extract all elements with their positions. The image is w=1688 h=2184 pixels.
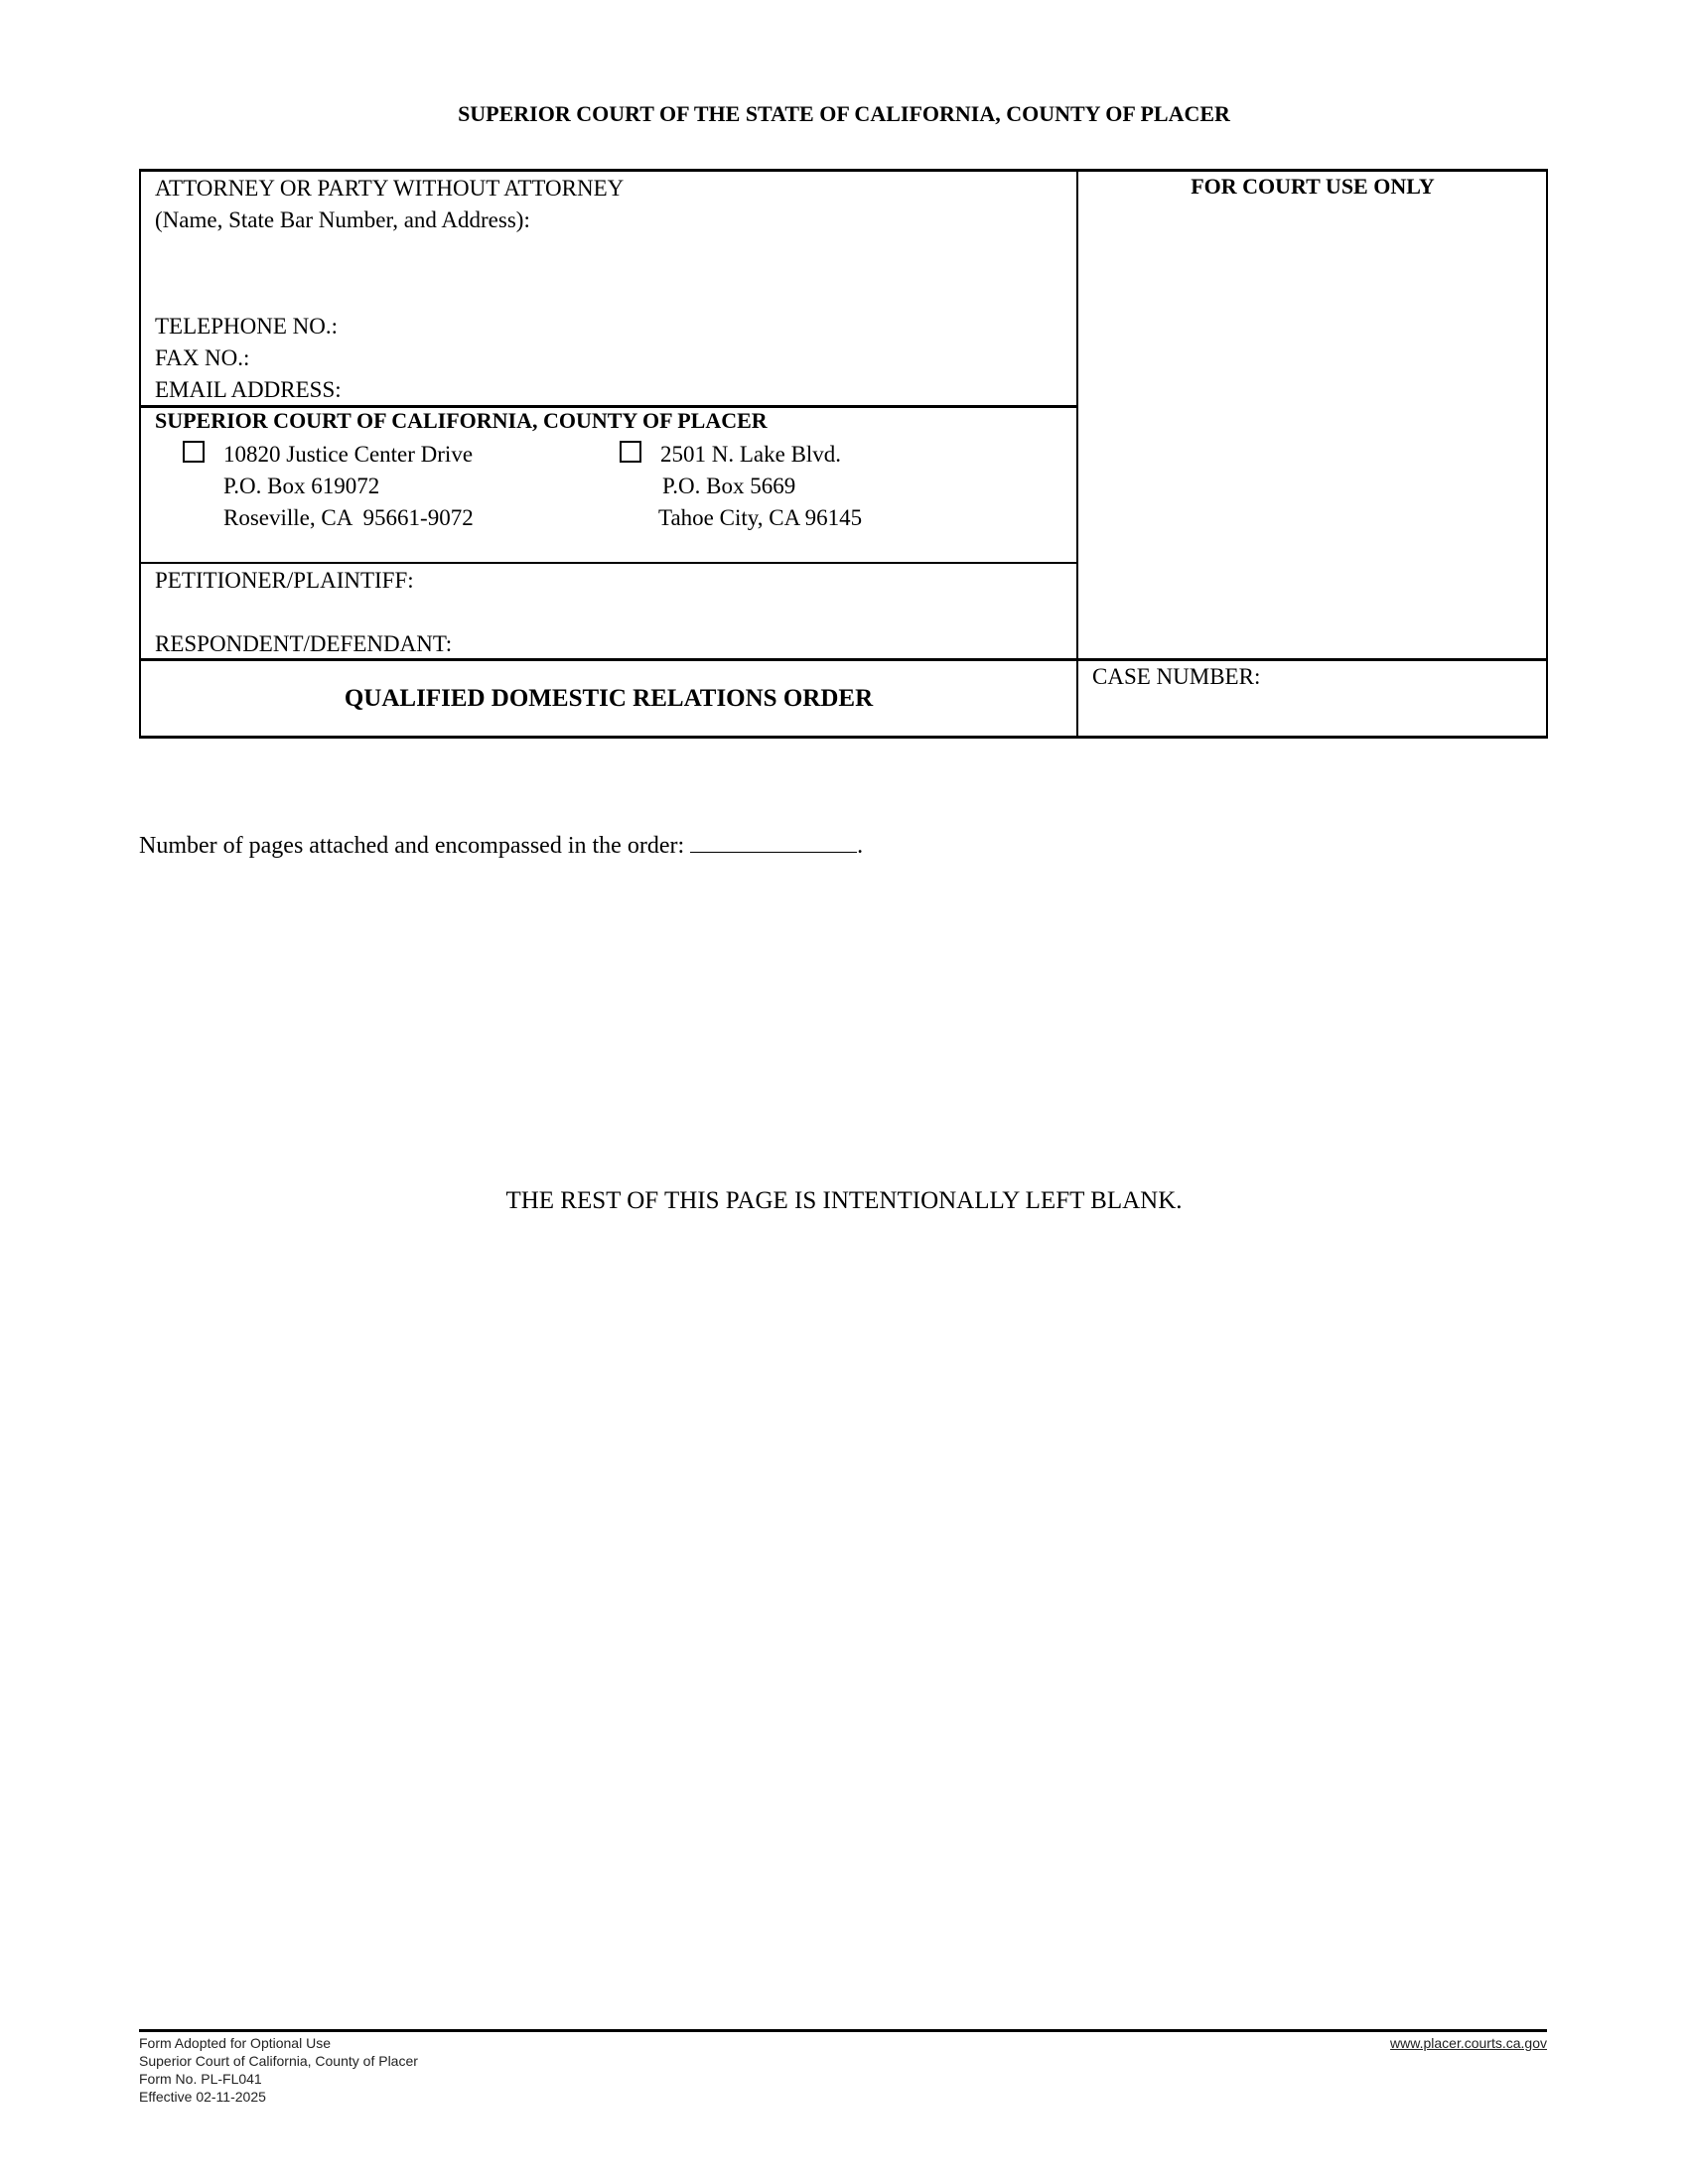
location-city-roseville: Roseville, CA 95661-9072 (223, 506, 474, 529)
case-number-field[interactable] (1087, 693, 1539, 731)
petitioner-label: PETITIONER/PLAINTIFF: (155, 569, 414, 592)
footer-line-court: Superior Court of California, County of … (139, 2052, 418, 2070)
location-street-tahoe: 2501 N. Lake Blvd. (660, 443, 841, 466)
footer-line-form-number: Form No. PL-FL041 (139, 2070, 418, 2088)
footer-website-link[interactable]: www.placer.courts.ca.gov (1390, 2034, 1547, 2052)
form-title: QUALIFIED DOMESTIC RELATIONS ORDER (141, 686, 1076, 711)
telephone-label: TELEPHONE NO.: (155, 315, 338, 338)
caption-column-divider (1076, 169, 1078, 739)
email-label: EMAIL ADDRESS: (155, 378, 342, 401)
petitioner-field[interactable] (467, 566, 1067, 594)
parties-section-divider (139, 562, 1077, 564)
title-section-divider (139, 658, 1548, 661)
court-name: SUPERIOR COURT OF CALIFORNIA, COUNTY OF … (155, 410, 768, 432)
footer-line-effective: Effective 02-11-2025 (139, 2088, 418, 2106)
caption-right-border (1546, 169, 1548, 739)
respondent-label: RESPONDENT/DEFENDANT: (155, 632, 452, 655)
case-number-label: CASE NUMBER: (1092, 665, 1260, 688)
pages-attached-label: Number of pages attached and encompassed… (139, 833, 684, 859)
caption-left-border (139, 169, 141, 739)
court-use-label: FOR COURT USE ONLY (1078, 176, 1547, 198)
pages-attached-line: Number of pages attached and encompassed… (139, 832, 863, 858)
caption-top-border (139, 169, 1548, 172)
location-checkbox-roseville[interactable] (183, 441, 205, 463)
page-title: SUPERIOR COURT OF THE STATE OF CALIFORNI… (0, 103, 1688, 125)
telephone-field[interactable] (318, 312, 1067, 340)
location-street-roseville: 10820 Justice Center Drive (223, 443, 473, 466)
location-pobox-roseville: P.O. Box 619072 (223, 475, 379, 497)
respondent-field[interactable] (516, 629, 1067, 657)
attorney-label: ATTORNEY OR PARTY WITHOUT ATTORNEY (155, 177, 624, 200)
attorney-sublabel: (Name, State Bar Number, and Address): (155, 208, 530, 231)
location-checkbox-tahoe[interactable] (620, 441, 641, 463)
attorney-info-field[interactable] (149, 236, 1067, 306)
location-city-tahoe: Tahoe City, CA 96145 (658, 506, 862, 529)
pages-attached-field[interactable] (690, 832, 857, 853)
email-field[interactable] (333, 375, 1067, 403)
pages-attached-suffix: . (857, 833, 863, 859)
footer-line-adopted: Form Adopted for Optional Use (139, 2034, 418, 2052)
footer-info: Form Adopted for Optional Use Superior C… (139, 2034, 418, 2106)
blank-page-notice: THE REST OF THIS PAGE IS INTENTIONALLY L… (0, 1188, 1688, 1213)
fax-field[interactable] (258, 343, 1067, 371)
fax-label: FAX NO.: (155, 346, 249, 369)
caption-bottom-border (139, 736, 1548, 739)
location-pobox-tahoe: P.O. Box 5669 (662, 475, 795, 497)
footer-rule (139, 2029, 1547, 2032)
